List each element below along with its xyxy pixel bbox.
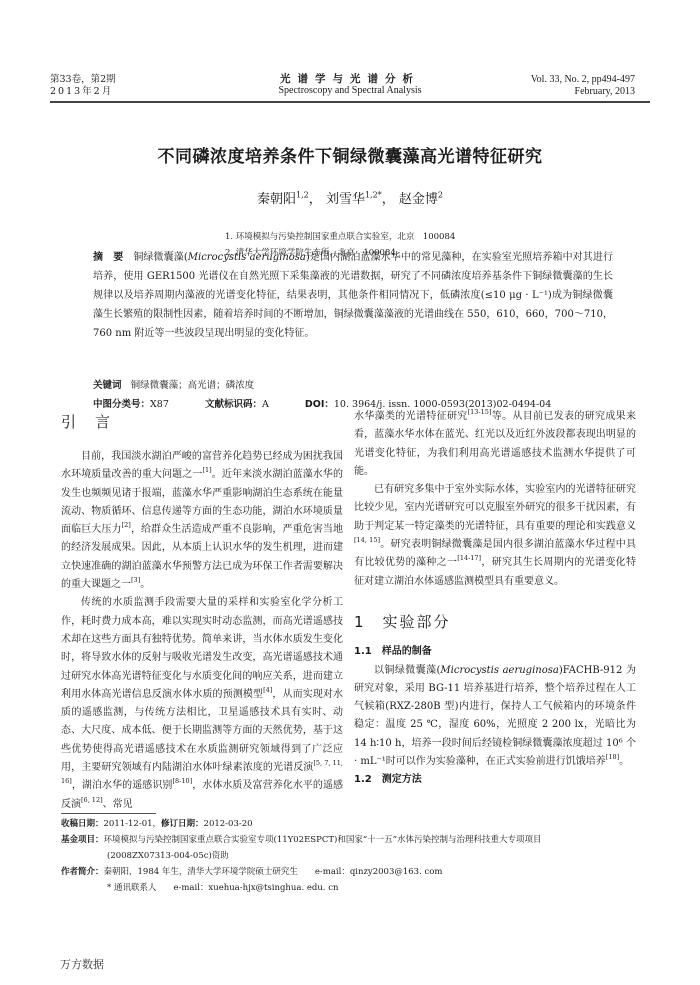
author-affil: 1,2* [365, 191, 382, 200]
author-affil: 2 [438, 191, 443, 200]
received-date: 2011-12-01， [104, 819, 162, 829]
intro-heading: 引 言 [61, 411, 112, 432]
journal-pages: Vol. 33, No. 2, pp494-497 February, 2013 [531, 74, 635, 98]
watermark: 万方数据 [60, 956, 104, 972]
fund-label: 基金项目： [61, 835, 104, 845]
clc-label: 中图分类号： [93, 399, 150, 410]
paragraph: 已有研究多集中于室外实际水体，实验室内的光谱特征研究比较少见，室内光谱研究可以克… [354, 481, 636, 591]
left-column: 目前，我国淡水湖泊严峻的富营养化趋势已经成为困扰我国水环境质量改善的重大问题之一… [61, 448, 343, 814]
citation: [14, 15] [354, 536, 380, 544]
paragraph: 传统的水质监测手段需要大量的采样和实验室化学分析工作，耗时费力成本高，难以实现实… [61, 594, 343, 814]
citation: [14-17] [457, 554, 481, 562]
revised-date: 2012-03-20 [204, 819, 253, 829]
footnote-rule [61, 813, 156, 814]
citation: [2] [122, 521, 131, 529]
author-affil: 1,2 [296, 191, 309, 200]
doi-label: DOI： [305, 399, 334, 410]
author-sep: ， [382, 192, 395, 207]
author-name: 秦朝阳 [257, 192, 296, 207]
citation: [4] [263, 686, 272, 694]
paragraph: 以铜绿微囊藻(Microcystis aeruginosa)FACHB-912 … [354, 662, 636, 772]
corresponding-author: * 通讯联系人 e-mail：xuehua-hjx@tsinghua. edu.… [61, 880, 641, 896]
citation: [1] [202, 466, 211, 474]
fund-text: 环境模拟与污染控制国家重点联合实验室专项(11Y02ESPCT)和国家“十一五”… [104, 835, 542, 845]
author-note: 作者简介：秦朝阳，1984 年生，清华大学环境学院硕士研究生 e-mail：qi… [61, 864, 641, 880]
section-1-heading: 1 实验部分 [354, 613, 636, 631]
pub-date: February, 2013 [531, 86, 635, 98]
author-name: 赵金博 [399, 192, 438, 207]
citation: [6, 12] [81, 796, 103, 804]
author-sep: ， [309, 192, 322, 207]
subsection-1-1-heading: 1.1 样品的制备 [354, 643, 636, 661]
author-list: 秦朝阳1,2， 刘雪华1,2*， 赵金博2 [0, 188, 700, 207]
citation: [3] [131, 576, 140, 584]
fund-text-cont: (2008ZX07313-004-05c)资助 [61, 848, 641, 864]
abstract-text: 铜绿微囊藻( [133, 252, 187, 263]
keywords-value: 铜绿微囊藻；高光谱；磷浓度 [131, 380, 255, 391]
header-rule [50, 101, 650, 103]
abstract: 摘 要铜绿微囊藻(Microcystis aeruginosa)是国内湖泊蓝藻水… [93, 248, 613, 343]
paper-title: 不同磷浓度培养条件下铜绿微囊藻高光谱特征研究 [0, 142, 700, 167]
vol-pages: Vol. 33, No. 2, pp494-497 [531, 74, 635, 86]
footnotes: 收稿日期：2011-12-01，修订日期：2012-03-20 基金项目：环境模… [61, 816, 641, 896]
species-name: Microcystis aeruginosa [188, 252, 306, 263]
citation: [8-10] [172, 777, 192, 785]
dates-note: 收稿日期：2011-12-01，修订日期：2012-03-20 [61, 816, 641, 832]
doc-code-value: A [262, 399, 269, 410]
abstract-label: 摘 要 [93, 252, 123, 263]
subsection-1-2-heading: 1.2 测定方法 [354, 771, 636, 789]
abstract-text: )是国内湖泊蓝藻水华中的常见藻种，在实验室光照培养箱中对其进行培养，使用 GER… [93, 252, 613, 339]
affiliation: 1. 环境模拟与污染控制国家重点联合实验室，北京 100084 [225, 229, 455, 245]
right-column: 水华藻类的光谱特征研究[13-15]等。从目前已发表的研究成果来看，蓝藻水华水体… [354, 408, 636, 790]
keywords-label: 关键词 [93, 380, 122, 391]
species-name: Microcystis aeruginosa [440, 665, 558, 676]
author-name: 刘雪华 [326, 192, 365, 207]
revised-label: 修订日期： [161, 819, 204, 829]
clc-value: X87 [150, 399, 169, 410]
author-bio: 秦朝阳，1984 年生，清华大学环境学院硕士研究生 e-mail：qinzy20… [104, 867, 443, 877]
fund-note: 基金项目：环境模拟与污染控制国家重点联合实验室专项(11Y02ESPCT)和国家… [61, 832, 641, 864]
author-bio-label: 作者简介： [61, 867, 104, 877]
paragraph: 目前，我国淡水湖泊严峻的富营养化趋势已经成为困扰我国水环境质量改善的重大问题之一… [61, 448, 343, 594]
citation: [13-15] [468, 408, 492, 416]
citation: [18] [606, 753, 619, 761]
doc-code-label: 文献标识码： [205, 399, 262, 410]
paragraph: 水华藻类的光谱特征研究[13-15]等。从目前已发表的研究成果来看，蓝藻水华水体… [354, 408, 636, 481]
received-label: 收稿日期： [61, 819, 104, 829]
